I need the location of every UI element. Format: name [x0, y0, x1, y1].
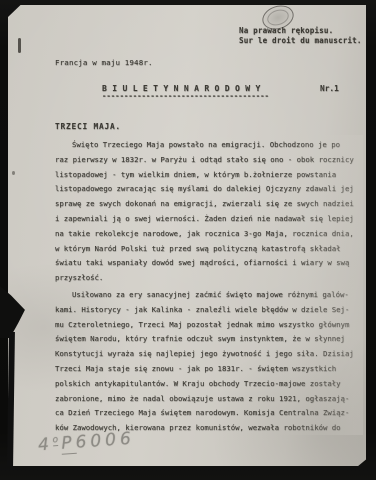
text-line: polskich antykapitulantów. W Kraju obcho…: [55, 377, 360, 392]
text-line: świętem Narodu, który trafnie odczuł swy…: [55, 332, 360, 347]
shelfmark-figure: 4: [37, 434, 53, 455]
title-underline: --------------------------------------: [102, 91, 269, 100]
text-line: listopadowej - tym wielkim dniem, w któr…: [55, 168, 360, 183]
text-line: kami. Historycy - jak Kalinka - znaleźli…: [55, 303, 360, 318]
issue-number: Nr.1: [320, 84, 339, 93]
text-line: ca Dzień Trzeciego Maja świętem narodowy…: [55, 406, 360, 421]
scratch-artifact: [18, 38, 21, 53]
document-page: Na prawach rękopisu. Sur le droit du man…: [8, 5, 366, 466]
text-line: i zapewniali ją o swej wierności. Żaden …: [55, 212, 360, 227]
text-line: sprawę ze swych dokonań na emigracji, zw…: [55, 197, 360, 212]
speck-artifact: [12, 171, 15, 175]
text-line: zabronione, mimo że nadal obowiązuje ust…: [55, 392, 360, 407]
rights-annotation: Na prawach rękopisu. Sur le droit du man…: [239, 26, 362, 46]
text-line: listopadowego zwracając się myślami do d…: [55, 182, 360, 197]
text-line: w którym Naród Polski tuż przed swą poli…: [55, 242, 360, 257]
text-line: raz pierwszy w 1832r. w Paryżu i odtąd s…: [55, 153, 360, 168]
text-line: Konstytucji wyraża się najlepiej jego ży…: [55, 347, 360, 362]
text-line: Święto Trzeciego Maja powstało na emigra…: [55, 138, 360, 153]
shelfmark-number: 6006: [75, 429, 136, 453]
scan-background: Na prawach rękopisu. Sur le droit du man…: [0, 0, 376, 480]
paragraph-one: Święto Trzeciego Maja powstało na emigra…: [55, 138, 360, 286]
text-line: Usiłowano za ery sanacyjnej zaćmić święt…: [55, 288, 360, 303]
rights-line-french: Sur le droit du manuscrit.: [239, 36, 362, 46]
shelfmark-letter: P: [61, 433, 77, 455]
paragraph-two: Usiłowano za ery sanacyjnej zaćmić święt…: [55, 288, 360, 436]
shelfmark-handwritten: 4oP6006: [37, 429, 135, 456]
rights-line-polish: Na prawach rękopisu.: [239, 26, 362, 36]
text-line: Trzeci Maja staje się znowu - jak po 183…: [55, 362, 360, 377]
text-line: przyszłość.: [55, 271, 360, 286]
text-line: mu Czteroletniego, Trzeci Maj pozostał j…: [55, 318, 360, 333]
shelfmark-sup: o: [52, 435, 58, 446]
dateline: Francja w maju 1948r.: [55, 58, 153, 67]
article-heading: TRZECI MAJA.: [55, 122, 121, 131]
text-line: na takie rekolekcje narodowe, jak roczni…: [55, 227, 360, 242]
text-line: światu taki wspaniały dowód swej mądrośc…: [55, 256, 360, 271]
